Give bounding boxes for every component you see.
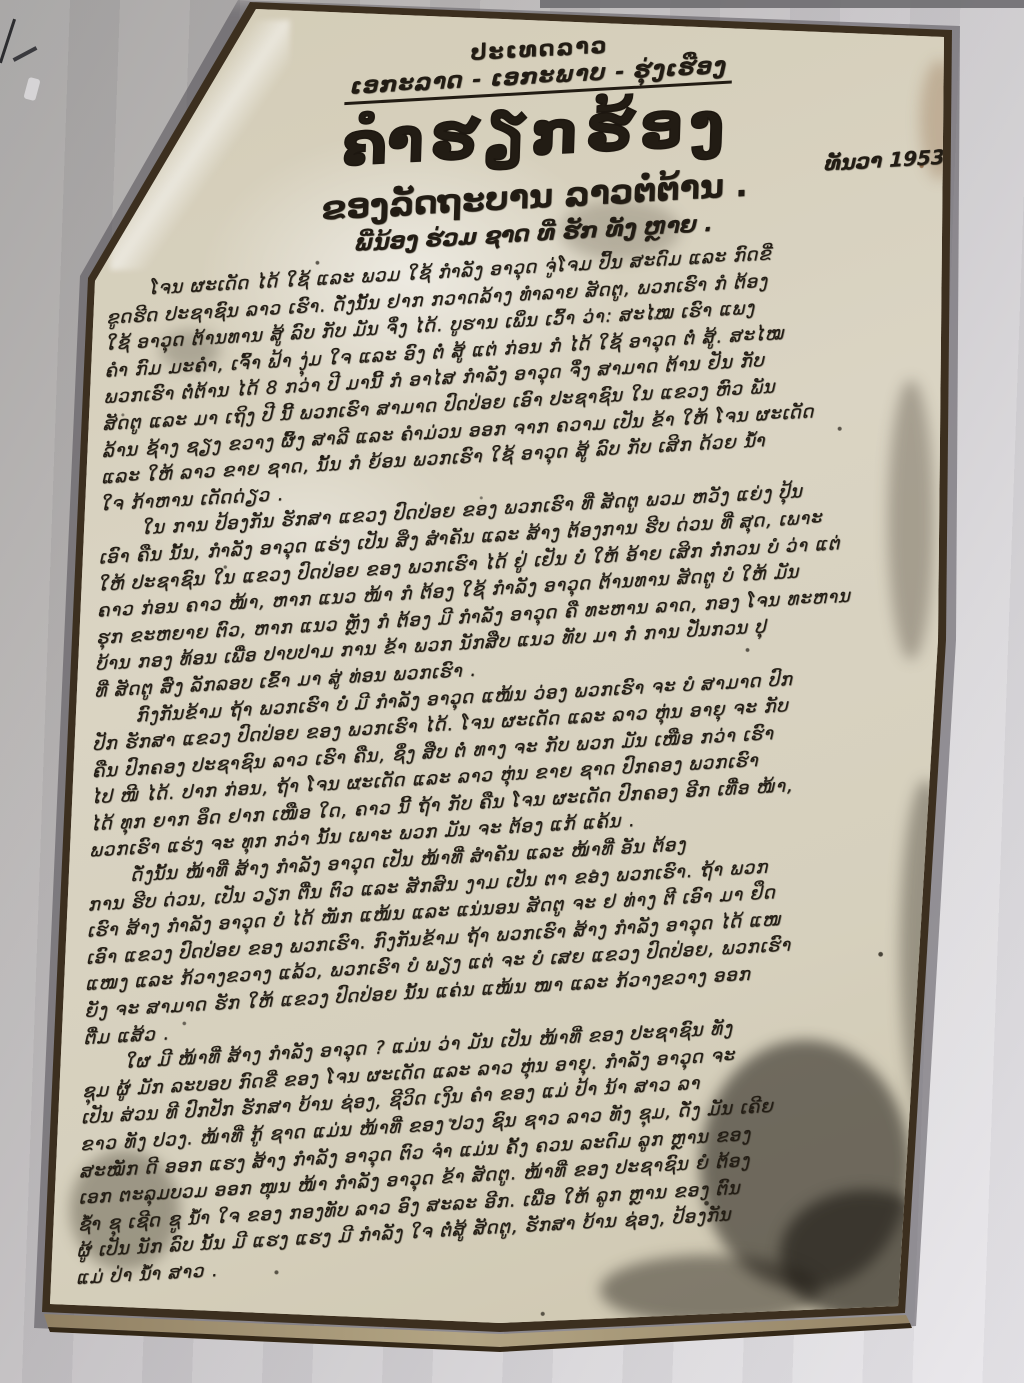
paragraph: ໃຜ ມີ ໜ້າທີ່ ສ້າງ ກຳລັງ ອາວຸດ ? ແມ່ນ ວ່າ… — [57, 1006, 915, 1294]
document-body: ໂຈນ ຜະເດັດ ໄດ້ ໃຊ້ ແລະ ພວມ ໃຊ້ ກຳລັງ ອາວ… — [57, 232, 940, 1293]
document-content: ປະເທດລາວ ເອກະລາດ - ເອກະພາບ - ຮຸ່ງເຮືອງ ຄ… — [57, 6, 947, 1293]
backdrop-top-edge — [540, 0, 1024, 8]
photograph: ປະເທດລາວ ເອກະລາດ - ເອກະພາບ - ຮຸ່ງເຮືອງ ຄ… — [0, 0, 1024, 1383]
document-page: ປະເທດລາວ ເອກະລາດ - ເອກະພາບ - ຮຸ່ງເຮືອງ ຄ… — [0, 0, 1024, 1383]
paragraph: ໂຈນ ຜະເດັດ ໄດ້ ໃຊ້ ແລະ ພວມ ໃຊ້ ກຳລັງ ອາວ… — [81, 232, 939, 520]
